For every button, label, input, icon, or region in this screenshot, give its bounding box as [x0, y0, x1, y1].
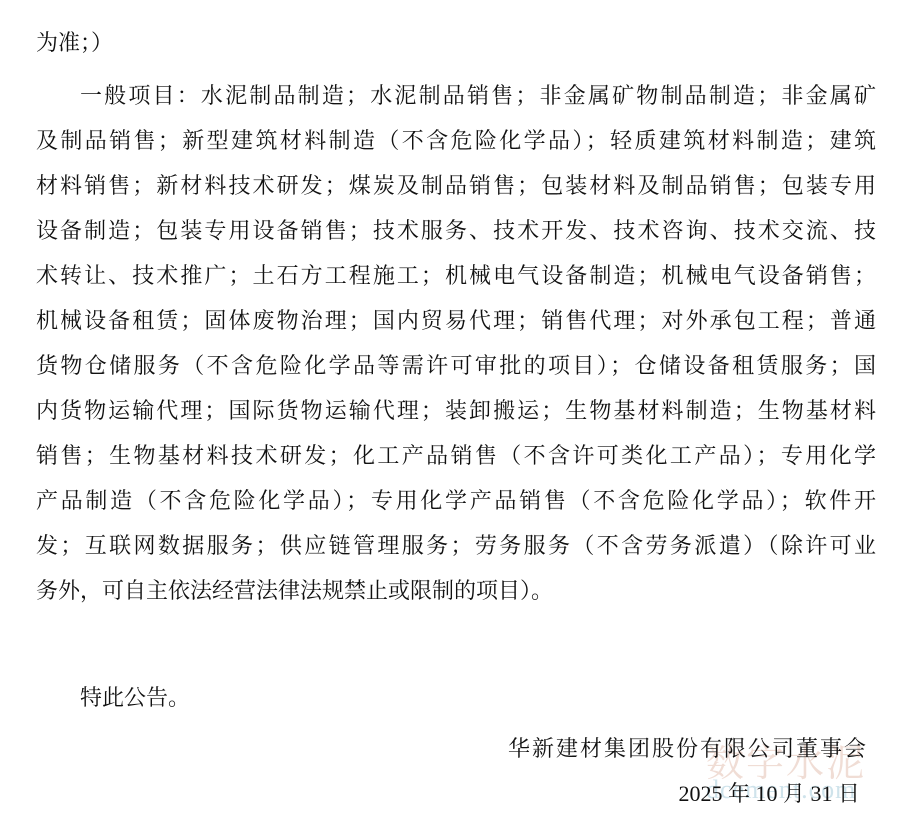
business-scope-paragraph: 一般项目：水泥制品制造；水泥制品销售；非金属矿物制品制造；非金属矿及制品销售；新…	[36, 73, 876, 613]
business-scope-line: 产品制造（不含危险化学品）；专用化学产品销售（不含危险化学品）；软件开	[36, 478, 876, 523]
announcement-page: 数字水泥 dcement.com 为准；） 一般项目：水泥制品制造；水泥制品销售…	[0, 0, 910, 837]
business-scope-line: 机械设备租赁；固体废物治理；国内贸易代理；销售代理；对外承包工程；普通	[36, 298, 876, 343]
business-scope-line: 术转让、技术推广；土石方工程施工；机械电气设备制造；机械电气设备销售；	[36, 253, 876, 298]
closing-statement: 特此公告。	[36, 675, 876, 720]
business-scope-line: 设备制造；包装专用设备销售；技术服务、技术开发、技术咨询、技术交流、技	[36, 208, 876, 253]
business-scope-line: 材料销售；新材料技术研发；煤炭及制品销售；包装材料及制品销售；包装专用	[36, 163, 876, 208]
business-scope-line: 发；互联网数据服务；供应链管理服务；劳务服务（不含劳务派遣）（除许可业	[36, 523, 876, 568]
sentence-fragment: 为准；）	[36, 20, 876, 65]
business-scope-line: 货物仓储服务（不含危险化学品等需许可审批的项目）；仓储设备租赁服务；国	[36, 343, 876, 388]
business-scope-line: 及制品销售；新型建筑材料制造（不含危险化学品）；轻质建筑材料制造；建筑	[36, 118, 876, 163]
business-scope-line: 内货物运输代理；国际货物运输代理；装卸搬运；生物基材料制造；生物基材料	[36, 388, 876, 433]
document-body: 为准；） 一般项目：水泥制品制造；水泥制品销售；非金属矿物制品制造；非金属矿及制…	[0, 0, 910, 816]
business-scope-line: 销售；生物基材料技术研发；化工产品销售（不含许可类化工产品）；专用化学	[36, 433, 876, 478]
business-scope-line: 一般项目：水泥制品制造；水泥制品销售；非金属矿物制品制造；非金属矿	[36, 73, 876, 118]
business-scope-line: 务外，可自主依法经营法律法规禁止或限制的项目）。	[36, 568, 876, 613]
announcement-date: 2025 年 10 月 31 日	[36, 771, 876, 816]
signature-board: 华新建材集团股份有限公司董事会	[36, 726, 876, 771]
